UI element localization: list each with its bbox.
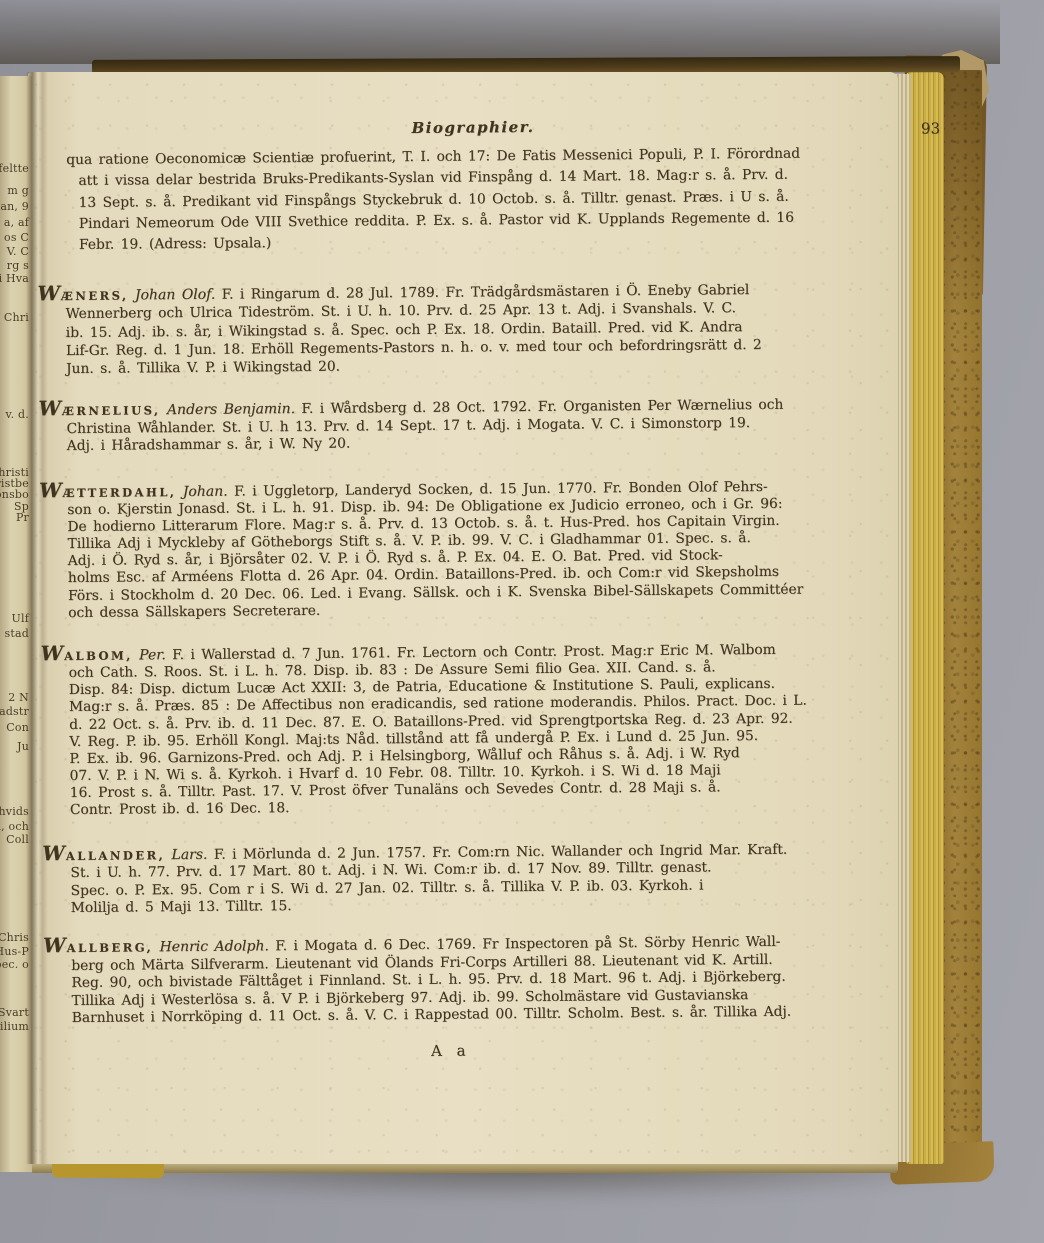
entry-wallberg: WALLBERG, Henric Adolph. F. i Mogata d. …: [43, 931, 791, 1028]
gutter-fragment: Svart: [0, 1006, 29, 1019]
entry-name: Johan Olof.: [135, 287, 216, 304]
entry-headword: ALLBERG,: [67, 940, 154, 955]
gutter-fragment: Chris: [0, 931, 29, 944]
page-text: Biographier. 93 qua ratione Oeconomicæ S…: [27, 65, 921, 1177]
entry-headword: ÆTTERDAHL,: [63, 485, 177, 500]
gutter-fragment: adstr: [0, 705, 29, 718]
gutter-fragment: thvids: [0, 805, 29, 818]
entry-initial: W: [43, 933, 66, 957]
intro-paragraph: qua ratione Oeconomicæ Scientiæ profueri…: [66, 144, 801, 257]
entry-name: Johan.: [183, 484, 228, 500]
page-number: 93: [921, 119, 940, 137]
entry-waeners: WÆNERS, Johan Olof. F. i Ringarum d. 28 …: [37, 278, 762, 379]
entry-name: Henric Adolph.: [159, 938, 269, 955]
entry-initial: W: [38, 396, 61, 420]
entry-initial: W: [39, 478, 62, 502]
entry-waernelius: WÆRNELIUS, Anders Benjamin. F. i Wårdsbe…: [38, 394, 783, 456]
gutter-fragment: a, och: [0, 820, 29, 833]
gutter-fragment: bilium: [0, 1020, 29, 1033]
book-scan-scene: feltte m g an, 9 a, af os C V. C rg s i …: [0, 0, 1044, 1243]
entry-wallander: WALLANDER, Lars. F. i Mörlunda d. 2 Jun.…: [42, 839, 788, 918]
gutter-fragment: an, 9: [0, 200, 29, 213]
entry-name: Lars.: [171, 847, 207, 863]
entry-initial: W: [37, 281, 60, 305]
entry-waetterdahl: WÆTTERDAHL, Johan. F. i Uggletorp, Lande…: [39, 476, 803, 622]
entry-walbom: WALBOM, Per. F. i Wallerstad d. 7 Jun. 1…: [40, 639, 807, 820]
entry-headword: ÆNERS,: [61, 288, 129, 303]
gutter-fragment: pec. o: [0, 958, 29, 971]
entry-headword: ALLANDER,: [66, 848, 165, 863]
entry-initial: W: [42, 841, 65, 865]
gutter-fragment: i Hva: [0, 272, 29, 285]
entry-headword: ÆRNELIUS,: [62, 403, 161, 418]
signature-mark: A a: [431, 1042, 471, 1060]
entry-headword: ALBOM,: [64, 648, 133, 663]
entry-name: Per.: [139, 647, 166, 663]
gutter-fragment: feltte: [0, 162, 29, 175]
entry-text: F. i Wårdsberg d. 28 Oct. 1792. Fr. Orga…: [301, 397, 783, 417]
entry-name: Anders Benjamin.: [167, 401, 295, 418]
entry-initial: W: [40, 641, 63, 665]
running-header: Biographier.: [378, 118, 568, 138]
entry-text: F. i Mogata d. 6 Dec. 1769. Fr Inspector…: [275, 934, 780, 954]
top-shadow: [0, 0, 1000, 64]
gutter-fragment: Hus-P: [0, 945, 29, 958]
